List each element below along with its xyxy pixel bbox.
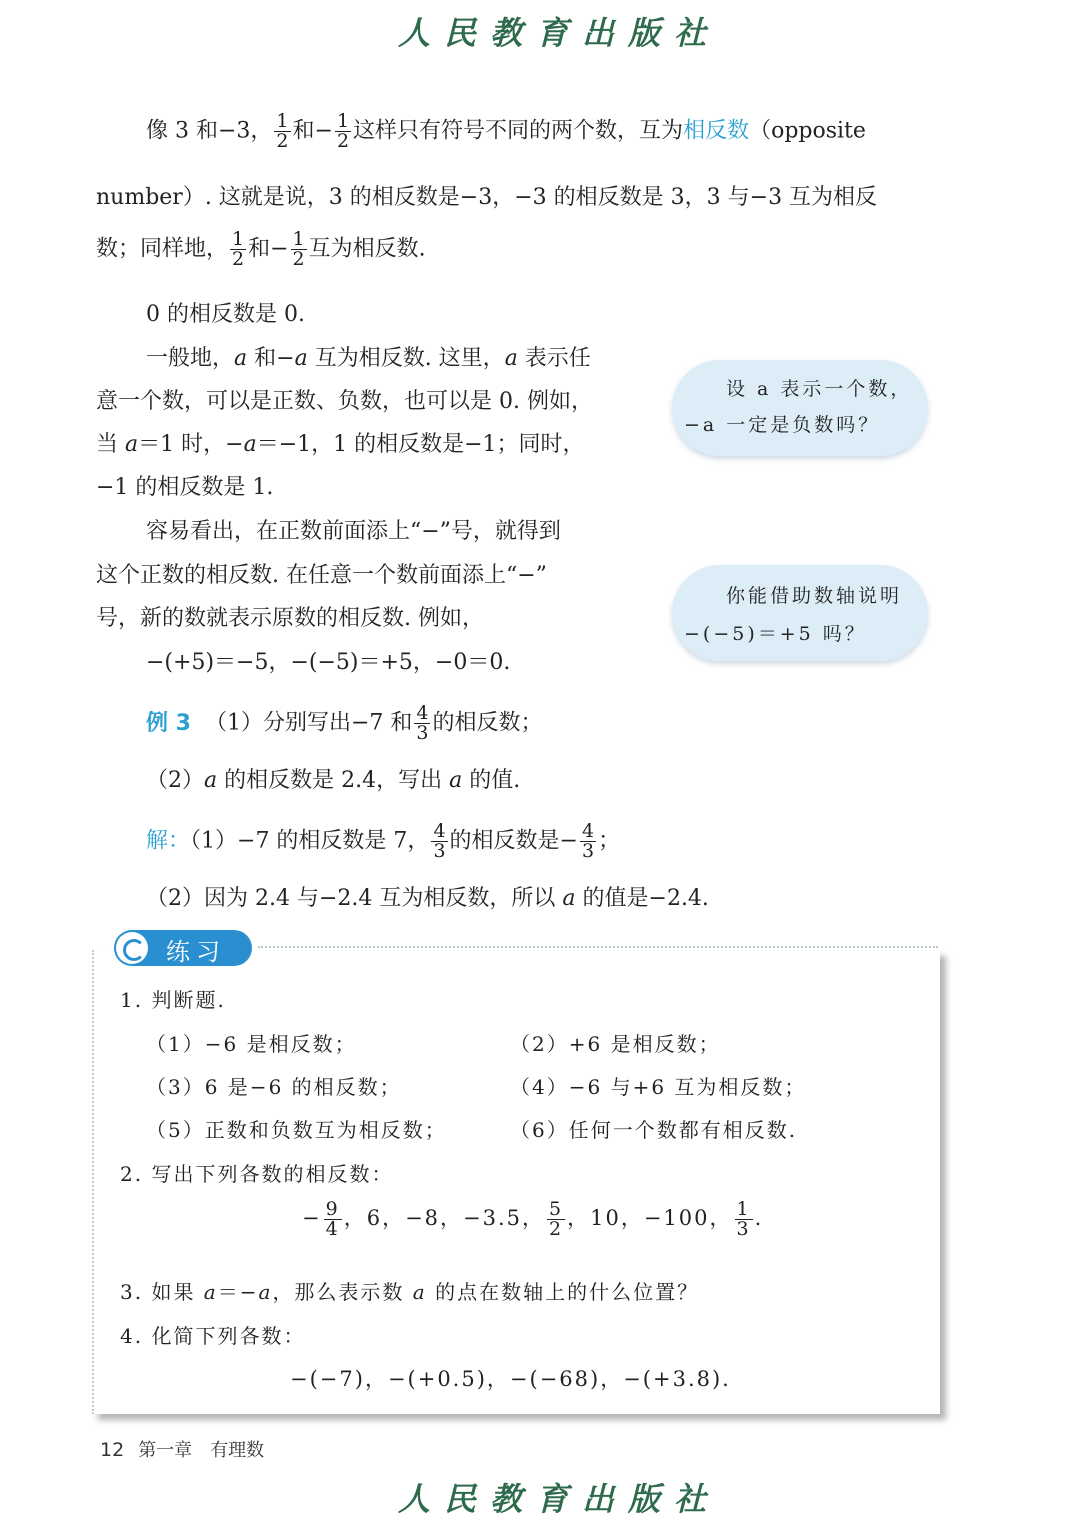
fraction-one-third: 13 bbox=[735, 1200, 753, 1239]
thought-bubble-1: 设 a 表示一个数， −a 一定是负数吗？ bbox=[672, 360, 928, 456]
bubble-1-line-1: 设 a 表示一个数， bbox=[726, 374, 912, 401]
publisher-logo-top: 人民教育出版社 bbox=[398, 8, 720, 54]
example-3-question-1: 例 3（1）分别写出−7 和43的相反数； bbox=[146, 704, 543, 743]
paragraph-1-line-1: 像 3 和−3，12和−12这样只有符号不同的两个数，互为相反数（opposit… bbox=[146, 112, 866, 151]
bubble-1-line-2: −a 一定是负数吗？ bbox=[684, 410, 880, 437]
paragraph-3-line-3: 当 a＝1 时，−a＝−1，1 的相反数是−1；同时， bbox=[96, 430, 585, 460]
fraction-one-half: 12 bbox=[335, 112, 351, 151]
exercise-top-dotted-rule bbox=[258, 946, 938, 948]
exercise-q1-item-6: （6）任何一个数都有相反数. bbox=[510, 1114, 797, 1143]
exercise-q1-item-5: （5）正数和负数互为相反数； bbox=[146, 1114, 447, 1143]
paragraph-1-line-3: 数；同样地，12和−12互为相反数. bbox=[96, 230, 426, 269]
chapter-title: 有理数 bbox=[210, 1440, 264, 1461]
paragraph-4-line-1: 容易看出，在正数前面添上“−”号，就得到 bbox=[146, 517, 561, 547]
fraction-nine-quarters: 94 bbox=[324, 1200, 342, 1239]
exercise-q2-values: −94，6，−8，−3.5，52，10，−100，13. bbox=[302, 1200, 763, 1239]
solution-label: 解： bbox=[146, 829, 190, 854]
page-number: 12 bbox=[100, 1439, 124, 1461]
fraction-four-thirds: 43 bbox=[414, 704, 430, 743]
fraction-four-thirds: 43 bbox=[580, 822, 596, 861]
exercise-pencil-icon bbox=[116, 932, 148, 964]
fraction-five-halves: 52 bbox=[547, 1200, 565, 1239]
chapter-label: 第一章 bbox=[138, 1440, 192, 1461]
exercise-q2: 2. 写出下列各数的相反数： bbox=[120, 1158, 393, 1187]
exercise-header-tag: 练习 bbox=[114, 930, 252, 966]
example-3-solution-2: （2）因为 2.4 与−2.4 互为相反数，所以 a 的值是−2.4. bbox=[146, 884, 709, 914]
paragraph-1-line-2: number）. 这就是说，3 的相反数是−3，−3 的相反数是 3，3 与−3… bbox=[96, 183, 877, 213]
paragraph-2: 0 的相反数是 0. bbox=[146, 300, 305, 330]
exercise-title: 练习 bbox=[166, 932, 226, 967]
exercise-q3: 3. 如果 a＝−a，那么表示数 a 的点在数轴上的什么位置？ bbox=[120, 1276, 699, 1305]
example-label: 例 3 bbox=[146, 711, 191, 736]
example-3-solution-1: 解：（1）−7 的相反数是 7，43的相反数是−43； bbox=[146, 822, 620, 861]
paragraph-4-line-2: 这个正数的相反数. 在任意一个数前面添上“−” bbox=[96, 561, 547, 591]
exercise-q1-item-1: （1）−6 是相反数； bbox=[146, 1028, 357, 1057]
page-footer: 12第一章有理数 bbox=[100, 1436, 264, 1462]
thought-bubble-2: 你能借助数轴说明 −(−5)＝+5 吗？ bbox=[672, 565, 928, 661]
fraction-one-half: 12 bbox=[230, 230, 246, 269]
exercise-q4: 4. 化简下列各数： bbox=[120, 1320, 305, 1349]
paragraph-3-line-1: 一般地，a 和−a 互为相反数. 这里，a 表示任 bbox=[146, 344, 591, 374]
exercise-q1: 1. 判断题. bbox=[120, 984, 226, 1013]
fraction-one-half: 12 bbox=[291, 230, 307, 269]
exercise-q4-values: −(−7)，−(+0.5)，−(−68)，−(+3.8). bbox=[290, 1363, 731, 1393]
bubble-2-line-2: −(−5)＝+5 吗？ bbox=[684, 619, 867, 646]
fraction-four-thirds: 43 bbox=[431, 822, 447, 861]
exercise-q1-item-3: （3）6 是−6 的相反数； bbox=[146, 1071, 402, 1100]
example-3-question-2: （2）a 的相反数是 2.4，写出 a 的值. bbox=[146, 766, 520, 796]
exercise-q1-item-2: （2）+6 是相反数； bbox=[510, 1028, 721, 1057]
exercise-q1-item-4: （4）−6 与+6 互为相反数； bbox=[510, 1071, 806, 1100]
paragraph-4-formula: −(+5)＝−5，−(−5)＝+5，−0＝0. bbox=[146, 648, 510, 678]
publisher-logo-bottom: 人民教育出版社 bbox=[398, 1474, 720, 1520]
paragraph-3-line-4: −1 的相反数是 1. bbox=[96, 473, 273, 503]
paragraph-4-line-3: 号，新的数就表示原数的相反数. 例如， bbox=[96, 604, 484, 634]
term-opposite-number: 相反数 bbox=[683, 119, 749, 144]
fraction-one-half: 12 bbox=[274, 112, 290, 151]
paragraph-3-line-2: 意一个数，可以是正数、负数，也可以是 0. 例如， bbox=[96, 387, 593, 417]
bubble-2-line-1: 你能借助数轴说明 bbox=[726, 581, 902, 608]
